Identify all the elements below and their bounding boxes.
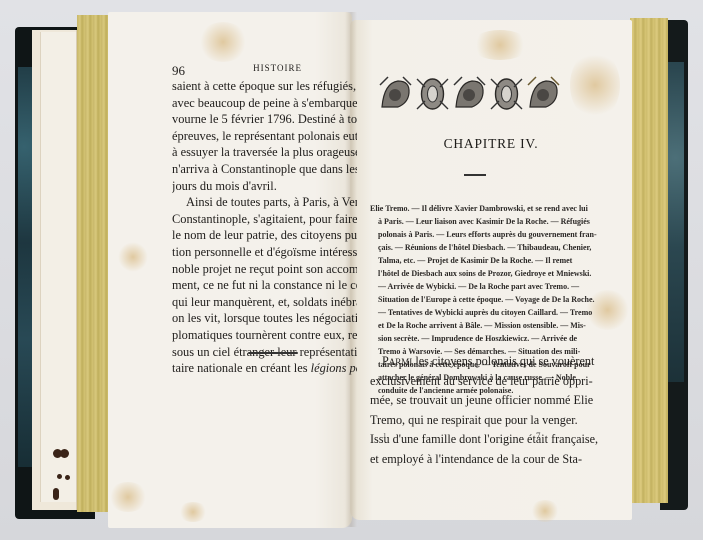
shield-ornament-icon xyxy=(489,73,524,113)
text-line: Tremo, qui ne respirait que pour la veng… xyxy=(370,411,592,431)
page-number: 96 xyxy=(172,63,185,79)
signature-mark: 1. xyxy=(383,432,388,440)
endpaper xyxy=(40,32,76,502)
gilt-page-edges-right xyxy=(630,18,668,503)
text-line: qui leur manquèrent, et, soldats inébran… xyxy=(172,294,357,311)
helmet-ornament-icon xyxy=(452,73,487,113)
opening-word: Parmi xyxy=(382,354,412,368)
text-line: ment, ce ne fut ni la constance ni le co… xyxy=(172,277,357,294)
left-page-body: saient à cette époque sur les réfugiés, … xyxy=(172,78,357,377)
endpaper-leaves xyxy=(32,30,77,510)
helmet-ornament-icon xyxy=(526,73,561,113)
text-line: à essuyer la traversée la plus orageuse,… xyxy=(172,144,357,161)
summary-line: à Paris. — Leur liaison avec Kasimir De … xyxy=(370,215,592,228)
text-line: et employé à l'intendance de la cour de … xyxy=(370,450,592,470)
shield-ornament-icon xyxy=(415,73,450,113)
ink-stain xyxy=(53,488,59,500)
ink-stain xyxy=(60,449,69,458)
text-line: Parmi les citoyens polonais qui se vouèr… xyxy=(370,352,592,372)
summary-line: l'hôtel de Diesbach aux soins de Prozor,… xyxy=(370,267,592,280)
text-line: épreuves, le représentant polonais eut e… xyxy=(172,128,357,145)
summary-line: çais. — Réunions de l'hôtel Diesbach. — … xyxy=(370,241,592,254)
text-line: on les vit, lorsque toutes les négociati… xyxy=(172,310,357,327)
text-line: saient à cette époque sur les réfugiés, … xyxy=(172,78,357,95)
summary-line: Situation de l'Europe à cette époque. — … xyxy=(370,293,592,306)
text-line: vourne le 5 février 1796. Destiné à tout… xyxy=(172,111,357,128)
italic-phrase: légions polonaises. xyxy=(311,361,357,375)
section-end-rule xyxy=(248,352,298,354)
summary-line: Elie Tremo. — Il délivre Xavier Dambrows… xyxy=(370,202,592,215)
summary-line: Talma, etc. — Projet de Kasimir De la Ro… xyxy=(370,254,592,267)
foxing-stain xyxy=(178,502,208,522)
foxing-stain xyxy=(118,242,148,272)
text-line: plomatiques tournèrent contre eux, ressu… xyxy=(172,327,357,344)
text-fragment: les citoyens polonais qui se vouèrent xyxy=(412,354,594,368)
chapter-title: CHAPITRE IV. xyxy=(350,136,632,152)
running-head-title: HISTOIRE xyxy=(253,63,302,79)
summary-line: sion secrète. — Imprudence de Hoszkiewic… xyxy=(370,332,592,345)
foxing-stain xyxy=(530,500,560,522)
text-line: exclusivement au service de leur patrie … xyxy=(370,372,592,392)
footer-mark: 7 xyxy=(536,431,541,441)
chapter-rule xyxy=(464,174,486,176)
text-line: tion personnelle et d'égoïsme intéressé.… xyxy=(172,244,357,261)
foxing-stain xyxy=(470,30,530,60)
text-line: avec beaucoup de peine à s'embarquer à L… xyxy=(172,95,357,112)
text-line: Ainsi de toutes parts, à Paris, à Venise… xyxy=(172,194,357,211)
text-line: jours du mois d'avril. xyxy=(172,178,357,195)
gilt-page-edges-left xyxy=(77,15,110,512)
foxing-stain xyxy=(108,482,148,512)
summary-line: et De la Roche arrivent à Bâle. — Missio… xyxy=(370,319,592,332)
text-line: Issu d'une famille dont l'origine était … xyxy=(370,430,592,450)
summary-line: — Arrivée de Wybicki. — De la Roche part… xyxy=(370,280,592,293)
headpiece-ornament xyxy=(378,73,564,113)
summary-line: polonais à Paris. — Leurs efforts auprès… xyxy=(370,228,592,241)
foxing-stain xyxy=(570,50,620,120)
text-line: noble projet ne reçut point son accompli… xyxy=(172,261,357,278)
text-line: le nom de leur patrie, des citoyens purs… xyxy=(172,227,357,244)
text-line: n'arriva à Constantinople que dans les p… xyxy=(172,161,357,178)
running-header: 96 HISTOIRE xyxy=(172,63,362,79)
ink-stain xyxy=(65,475,70,480)
helmet-ornament-icon xyxy=(378,73,413,113)
ink-stain xyxy=(57,474,62,479)
right-page-body: Parmi les citoyens polonais qui se vouèr… xyxy=(370,352,592,469)
text-line: taire nationale en créant les légions po… xyxy=(172,360,357,377)
text-line: Constantinople, s'agitaient, pour faire … xyxy=(172,211,357,228)
text-line: mée, se trouvait un jeune officier nommé… xyxy=(370,391,592,411)
foxing-stain xyxy=(198,22,248,62)
text-fragment: taire nationale en créant les xyxy=(172,361,311,375)
summary-line: — Tentatives de Wybicki auprès du citoye… xyxy=(370,306,592,319)
